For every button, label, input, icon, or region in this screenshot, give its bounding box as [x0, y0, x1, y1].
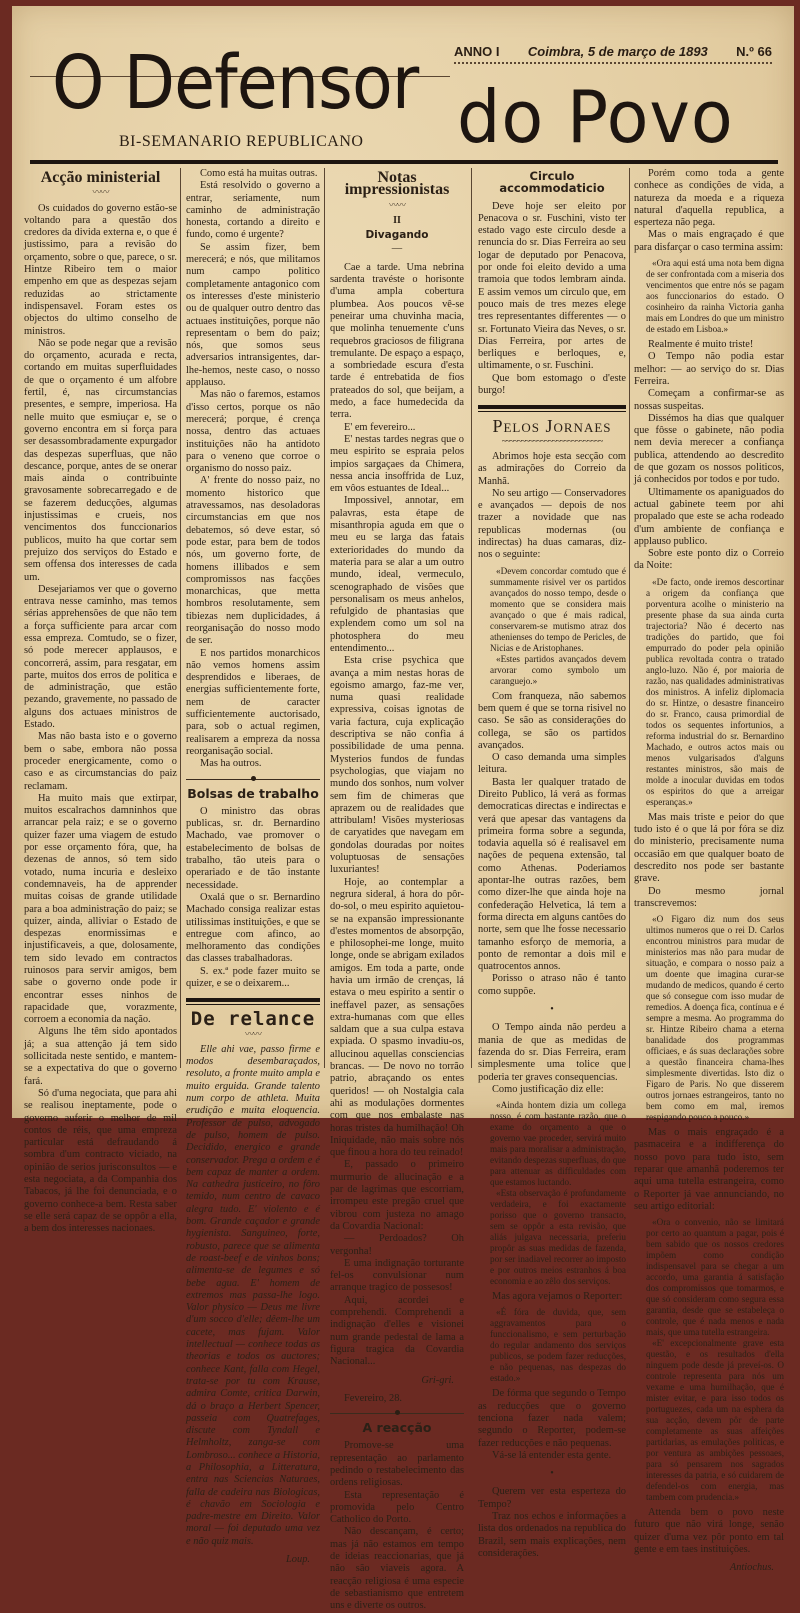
- column-3: Notas impressionistas 〰〰 II Divagando — …: [330, 168, 464, 1124]
- paragraph: Cae a tarde. Uma nebrina sardenta través…: [330, 262, 464, 422]
- paragraph: S. ex.ª pode fazer muito se quizer, e se…: [186, 966, 320, 991]
- paragraph: Com franqueza, não sabemos bem quem é qu…: [478, 691, 626, 752]
- paragraph: Dissémos ha dias que qualquer que fôsse …: [634, 413, 784, 487]
- quotation: «Devem concordar comtudo que é summament…: [490, 566, 626, 687]
- section-title-pelos-jornaes: Pelos Jornaes: [478, 420, 626, 432]
- column-divider: [180, 168, 181, 1068]
- article-body-de-relance: Elle ahi vae, passo firme e modos desemb…: [186, 1044, 320, 1124]
- paragraph: Como está ha muitas outras.: [186, 168, 320, 180]
- newspaper-title-part2: do Povo: [457, 81, 734, 153]
- paragraph: Do mesmo jornal transcrevemos:: [634, 886, 784, 911]
- paragraph: «Ora aqui está uma nota bem digna de ser…: [646, 258, 784, 335]
- column-divider: [629, 168, 630, 1068]
- article-title-bolsas-de-trabalho: Bolsas de trabalho: [186, 788, 320, 800]
- paragraph: Mas o mais engraçado é que para disfarça…: [634, 229, 784, 254]
- article-title-accao-ministerial: Acção ministerial: [24, 172, 177, 184]
- paragraph: Mas não basta isto e o governo bem o sab…: [24, 731, 177, 792]
- paragraph: Porisso o atraso não é tanto como suppõe…: [478, 973, 626, 998]
- paragraph: Os cuidados do governo estão-se voltando…: [24, 203, 177, 338]
- article-body-accao-ministerial: Os cuidados do governo estão-se voltando…: [24, 203, 177, 1124]
- paragraph: Ultimamente os apaniguados do actual gab…: [634, 487, 784, 548]
- paragraph: Só d'uma negociata, que para ahi se real…: [24, 1088, 177, 1124]
- paragraph: Se assim fizer, bem merecerá; e nós, que…: [186, 242, 320, 390]
- separator: [478, 405, 626, 412]
- bullet-separator: •: [478, 1004, 626, 1016]
- column-2: Como está ha muitas outras.Está resolvid…: [186, 168, 320, 1124]
- paragraph: Começam a confirmar-se as nossas suspeit…: [634, 388, 784, 413]
- article-part: II: [330, 215, 464, 227]
- article-body-circulo-accommodaticio: Deve hoje ser eleito por Penacova o sr. …: [478, 201, 626, 398]
- separator: [186, 998, 320, 1005]
- paragraph: «De facto, onde iremos descortinar a ori…: [646, 577, 784, 808]
- paragraph: Realmente é muito triste!: [634, 339, 784, 351]
- paragraph: Mas não o faremos, estamos d'isso certos…: [186, 389, 320, 475]
- paragraph: Alguns lhe têm sido apontados já; a sua …: [24, 1026, 177, 1087]
- newspaper-page: O Defensor do Povo BI-SEMANARIO REPUBLIC…: [12, 6, 794, 1118]
- paragraph: Impossivel, annotar, em palavras, esta é…: [330, 495, 464, 655]
- paragraph: Ha muito mais que extirpar, muitos escal…: [24, 793, 177, 1027]
- newspaper-subtitle: BI-SEMANARIO REPUBLICANO: [119, 133, 363, 151]
- section-body: Realmente é muito triste!O Tempo não pod…: [634, 339, 784, 573]
- column-5: Porém como toda a gente conhece as condi…: [634, 168, 784, 1124]
- paragraph: Hoje, ao contemplar a negrura sideral, á…: [330, 877, 464, 1124]
- paragraph: Sobre este ponto diz o Correio da Noite:: [634, 548, 784, 573]
- paragraph: Que bom estomago o d'este burgo!: [478, 373, 626, 398]
- paragraph: «Estes partidos avançados devem arvorar …: [490, 654, 626, 687]
- paragraph: Desejariamos ver que o governo entrava n…: [24, 584, 177, 732]
- article-title-circulo-accommodaticio: Circulo accommodaticio: [478, 170, 626, 195]
- masthead-bottom-rule: [30, 160, 778, 164]
- issue-date: Coimbra, 5 de março de 1893: [528, 44, 708, 59]
- column-4: Circulo accommodaticio Deve hoje ser ele…: [478, 168, 626, 1124]
- paragraph: «Ainda hontem dizia um collega nosso, é …: [490, 1100, 626, 1124]
- section-body: Com franqueza, não sabemos bem quem é qu…: [478, 691, 626, 998]
- paragraph: O Tempo ainda não perdeu a mania de que …: [478, 1022, 626, 1083]
- ornament: ~~~~~~~~~~~~~~~~~~~~~~~~~~: [478, 435, 626, 447]
- ornament: —: [330, 243, 464, 255]
- article-continuation: Como está ha muitas outras.Está resolvid…: [186, 168, 320, 771]
- ornament: 〰〰: [24, 186, 177, 198]
- issue-number: N.º 66: [736, 44, 772, 59]
- section-body: Abrimos hoje esta secção com as admiraçõ…: [478, 451, 626, 562]
- paragraph: Mas mais triste e peior do que tudo isto…: [634, 812, 784, 886]
- paragraph: «O Figaro diz num dos seus ultimos numer…: [646, 914, 784, 1123]
- paragraph: E' nestas tardes negras que o meu espiri…: [330, 434, 464, 495]
- quotation: «O Figaro diz num dos seus ultimos numer…: [646, 914, 784, 1123]
- paragraph: A' frente do nosso paiz, no momento hist…: [186, 475, 320, 647]
- article-title-notas-impressionistas: Notas impressionistas: [330, 172, 464, 197]
- paragraph: E nos partidos monarchicos não vemos hom…: [186, 648, 320, 759]
- article-title-de-relance: De relance: [186, 1013, 320, 1025]
- issue-year: ANNO I: [454, 44, 500, 59]
- separator: [186, 779, 320, 780]
- section-body: O Tempo ainda não perdeu a mania de que …: [478, 1022, 626, 1096]
- paragraph: Deve hoje ser eleito por Penacova o sr. …: [478, 201, 626, 373]
- quotation: «Ainda hontem dizia um collega nosso, é …: [490, 1100, 626, 1124]
- quotation: «De facto, onde iremos descortinar a ori…: [646, 577, 784, 808]
- article-body-notas-impressionistas: Cae a tarde. Uma nebrina sardenta través…: [330, 262, 464, 1124]
- quotation: «Ora aqui está uma nota bem digna de ser…: [646, 258, 784, 335]
- paragraph: Basta ler qualquer tratado de Direito Pu…: [478, 777, 626, 974]
- issue-info: ANNO I Coimbra, 5 de março de 1893 N.º 6…: [454, 44, 772, 64]
- paragraph: Está resolvido o governo a entrar, seria…: [186, 180, 320, 241]
- paragraph: Oxalá que o sr. Bernardino Machado consi…: [186, 892, 320, 966]
- paragraph: Porém como toda a gente conhece as condi…: [634, 168, 784, 229]
- paragraph: Não se pode negar que a revisão do orçam…: [24, 338, 177, 584]
- article-body-bolsas-de-trabalho: O ministro das obras publicas, sr. dr. B…: [186, 806, 320, 990]
- section-body: Porém como toda a gente conhece as condi…: [634, 168, 784, 254]
- article-subtitle-divagando: Divagando: [330, 229, 464, 241]
- ornament: 〰〰: [330, 199, 464, 211]
- column-divider: [471, 168, 472, 1068]
- paragraph: Abrimos hoje esta secção com as admiraçõ…: [478, 451, 626, 488]
- paragraph: Como justificação diz elle:: [478, 1084, 626, 1096]
- column-divider: [324, 168, 325, 1068]
- newspaper-title-part1: O Defensor: [52, 46, 418, 120]
- column-1: Acção ministerial 〰〰 Os cuidados do gove…: [24, 168, 177, 1124]
- paragraph: Esta crise psychica que avança a mim nes…: [330, 655, 464, 876]
- section-body: Mas mais triste e peior do que tudo isto…: [634, 812, 784, 910]
- paragraph: O Tempo não podia estar melhor: — ao ser…: [634, 351, 784, 388]
- paragraph: Mas ha outros.: [186, 758, 320, 770]
- paragraph: «Devem concordar comtudo que é summament…: [490, 566, 626, 654]
- paragraph: No seu artigo — Conservadores e avançado…: [478, 488, 626, 562]
- paragraph: O caso demanda uma simples leitura.: [478, 752, 626, 777]
- paragraph: E' em fevereiro...: [330, 422, 464, 434]
- masthead: O Defensor do Povo BI-SEMANARIO REPUBLIC…: [12, 6, 794, 164]
- paragraph: O ministro das obras publicas, sr. dr. B…: [186, 806, 320, 892]
- paragraph: Elle ahi vae, passo firme e modos desemb…: [186, 1044, 320, 1124]
